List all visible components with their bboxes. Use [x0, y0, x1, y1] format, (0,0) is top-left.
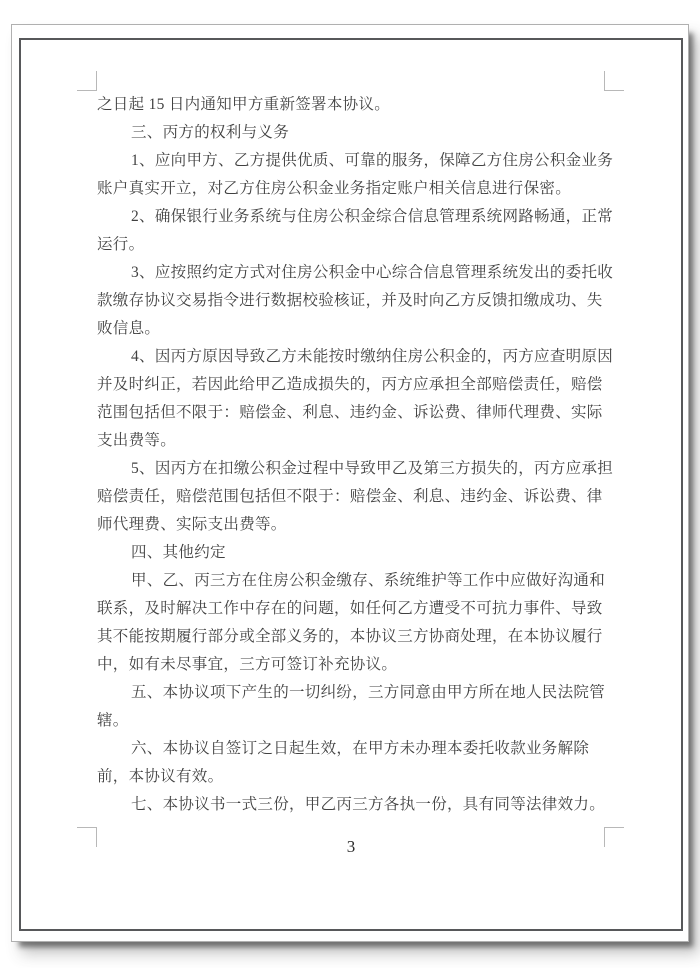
text-line: 支出费等。	[97, 427, 604, 455]
page-number: 3	[347, 837, 356, 856]
text-line: 其不能按期履行部分或全部义务的，本协议三方协商处理，在本协议履行	[97, 623, 604, 651]
text-line: 1、应向甲方、乙方提供优质、可靠的服务，保障乙方住房公积金业务	[97, 147, 604, 175]
text-line: 5、因丙方在扣缴公积金过程中导致甲乙及第三方损失的，丙方应承担	[97, 455, 604, 483]
margin-mark-top-left	[77, 71, 97, 91]
text-line: 联系，及时解决工作中存在的问题，如任何乙方遭受不可抗力事件、导致	[97, 595, 604, 623]
document-body-text: 之日起 15 日内通知甲方重新签署本协议。三、丙方的权利与义务1、应向甲方、乙方…	[97, 91, 604, 819]
text-line: 败信息。	[97, 315, 604, 343]
text-line: 中，如有未尽事宜，三方可签订补充协议。	[97, 651, 604, 679]
text-line: 账户真实开立，对乙方住房公积金业务指定账户相关信息进行保密。	[97, 175, 604, 203]
text-line: 2、确保银行业务系统与住房公积金综合信息管理系统网路畅通，正常	[97, 203, 604, 231]
text-line: 辖。	[97, 707, 604, 735]
paper-stack-sheet: 之日起 15 日内通知甲方重新签署本协议。三、丙方的权利与义务1、应向甲方、乙方…	[11, 24, 689, 942]
text-line: 四、其他约定	[97, 539, 604, 567]
text-line: 运行。	[97, 231, 604, 259]
text-line: 甲、乙、丙三方在住房公积金缴存、系统维护等工作中应做好沟通和	[97, 567, 604, 595]
margin-mark-top-right	[604, 71, 624, 91]
text-line: 并及时纠正，若因此给甲乙造成损失的，丙方应承担全部赔偿责任，赔偿	[97, 371, 604, 399]
text-line: 款缴存协议交易指令进行数据校验核证，并及时向乙方反馈扣缴成功、失	[97, 287, 604, 315]
text-line: 七、本协议书一式三份，甲乙丙三方各执一份，具有同等法律效力。	[97, 791, 604, 819]
text-line: 3、应按照约定方式对住房公积金中心综合信息管理系统发出的委托收	[97, 259, 604, 287]
text-line: 之日起 15 日内通知甲方重新签署本协议。	[97, 91, 604, 119]
text-line: 师代理费、实际支出费等。	[97, 511, 604, 539]
text-line: 前，本协议有效。	[97, 763, 604, 791]
text-line: 五、本协议项下产生的一切纠纷，三方同意由甲方所在地人民法院管	[97, 679, 604, 707]
document-page: 之日起 15 日内通知甲方重新签署本协议。三、丙方的权利与义务1、应向甲方、乙方…	[19, 38, 683, 931]
text-line: 三、丙方的权利与义务	[97, 119, 604, 147]
text-line: 范围包括但不限于：赔偿金、利息、违约金、诉讼费、律师代理费、实际	[97, 399, 604, 427]
page-footer: 3	[21, 837, 681, 857]
text-line: 赔偿责任，赔偿范围包括但不限于：赔偿金、利息、违约金、诉讼费、律	[97, 483, 604, 511]
document-viewer-canvas: 之日起 15 日内通知甲方重新签署本协议。三、丙方的权利与义务1、应向甲方、乙方…	[0, 0, 700, 968]
text-line: 六、本协议自签订之日起生效，在甲方未办理本委托收款业务解除	[97, 735, 604, 763]
text-line: 4、因丙方原因导致乙方未能按时缴纳住房公积金的，丙方应查明原因	[97, 343, 604, 371]
